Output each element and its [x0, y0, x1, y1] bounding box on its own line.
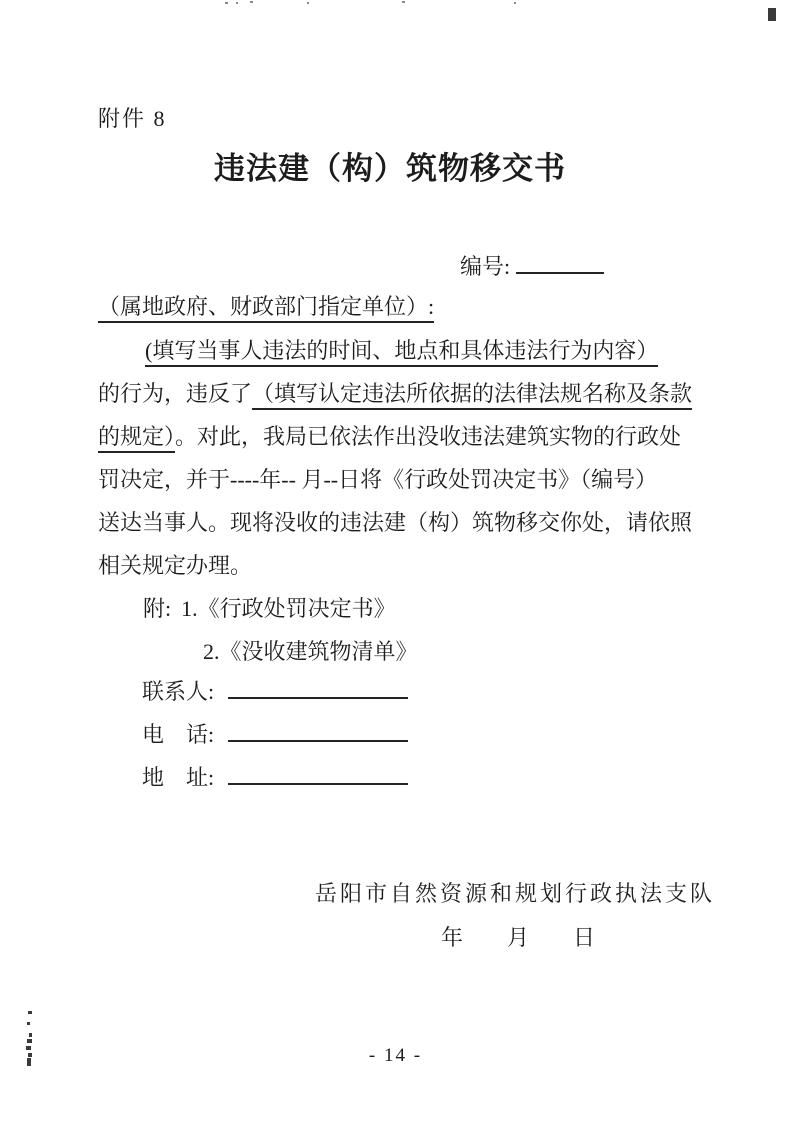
body-line: 罚决定，并于----年-- 月--日将《行政处罚决定书》（编号）	[98, 465, 657, 495]
scan-artifact	[250, 1, 253, 3]
fill-in-text: （填写认定违法所依据的法律法规名称及条款	[252, 381, 692, 410]
scan-artifact	[402, 1, 405, 3]
contact-person-blank-line	[228, 677, 408, 699]
attachment-list-label: 附:	[143, 596, 171, 621]
phone-line: 电 话:	[142, 720, 408, 750]
contact-person-line: 联系人:	[142, 677, 408, 707]
phone-blank-line	[228, 720, 408, 742]
body-line: 相关规定办理。	[98, 551, 252, 581]
attachment-number-label: 附件 8	[98, 102, 167, 133]
fill-in-line-violation-details: (填写当事人违法的时间、地点和具体违法行为内容）	[145, 336, 658, 366]
attachment-list-item-1: 附:1.《行政处罚决定书》	[143, 594, 396, 624]
address-label: 地 址:	[142, 765, 214, 790]
scan-artifact	[27, 1022, 30, 1025]
signature-date-line: 年 月 日	[441, 921, 595, 952]
scan-artifact	[27, 1039, 32, 1043]
scan-artifact	[28, 1011, 32, 1014]
scanned-document-page: { "colors": { "ink": "#1c1c1c", "paper":…	[0, 0, 791, 1122]
signature-organization: 岳阳市自然资源和规划行政执法支队	[315, 877, 715, 908]
body-line: 的规定）。对此，我局已依法作出没收违法建筑实物的行政处	[98, 422, 681, 452]
document-number-line: 编号:	[460, 250, 604, 281]
addressee-line: （属地政府、财政部门指定单位）:	[98, 292, 434, 322]
scan-artifact	[768, 8, 776, 21]
body-text: 的行为，违反了	[98, 381, 252, 406]
attachment-item-text: 1.《行政处罚决定书》	[181, 596, 396, 621]
fill-in-text: (填写当事人违法的时间、地点和具体违法行为内容）	[145, 338, 658, 367]
document-title: 违法建（构）筑物移交书	[0, 143, 780, 188]
scan-artifact	[29, 1033, 32, 1037]
attachment-list-item-2: 2.《没收建筑物清单》	[203, 637, 418, 667]
number-blank-line	[516, 252, 604, 274]
scan-artifact	[307, 2, 309, 4]
contact-person-label: 联系人:	[142, 679, 214, 704]
page-number: - 14 -	[0, 1045, 791, 1067]
phone-label: 电 话:	[142, 722, 214, 747]
address-blank-line	[228, 763, 408, 785]
fill-in-text: 的规定）	[98, 424, 175, 453]
number-label: 编号:	[460, 254, 510, 279]
addressee-text: （属地政府、财政部门指定单位）:	[98, 294, 434, 323]
body-line: 送达当事人。现将没收的违法建（构）筑物移交你处，请依照	[98, 508, 692, 538]
scan-artifact	[236, 2, 238, 4]
address-line: 地 址:	[142, 763, 408, 793]
scan-artifact	[225, 2, 228, 4]
body-text: 。对此，我局已依法作出没收违法建筑实物的行政处	[175, 424, 681, 449]
scan-artifact	[514, 2, 516, 4]
body-line: 的行为，违反了（填写认定违法所依据的法律法规名称及条款	[98, 379, 692, 409]
